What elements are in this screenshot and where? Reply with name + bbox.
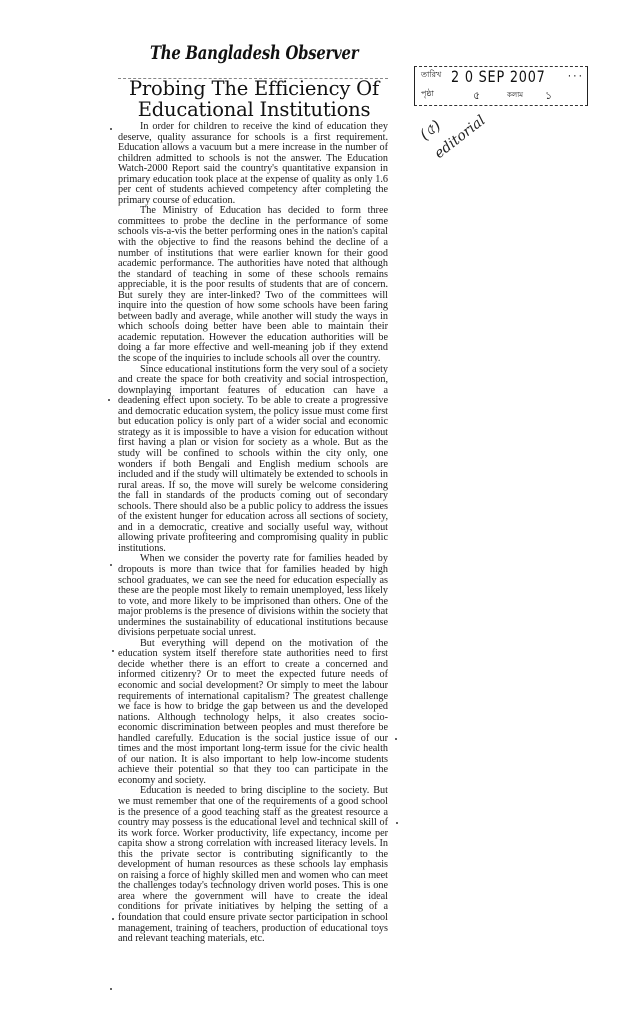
- stamp-page-label: পৃষ্ঠা: [421, 88, 434, 101]
- stamp-column-label: কলাম: [507, 89, 523, 101]
- date-stamp: তারিখ 2 0 SEP 2007 ··· পৃষ্ঠা ৫ কলাম ১: [414, 66, 588, 106]
- scan-speck: [110, 564, 112, 566]
- stamp-page-number: ৫: [473, 87, 480, 106]
- publication-masthead: The Bangladesh Observer: [150, 42, 298, 64]
- scan-speck: [395, 738, 397, 740]
- article-paragraph: Education is needed to bring discipline …: [118, 786, 388, 944]
- scan-speck: [112, 918, 114, 920]
- headline-line-1: Probing The Efficiency Of: [118, 78, 390, 99]
- stamp-dots: ···: [567, 72, 583, 82]
- article-body: In order for children to receive the kin…: [118, 122, 388, 945]
- stamp-column-number: ১: [545, 87, 552, 106]
- article-paragraph: The Ministry of Education has decided to…: [118, 206, 388, 364]
- headline-line-2: Educational Institutions: [118, 99, 390, 120]
- scan-speck: [110, 988, 112, 990]
- article-paragraph: But everything will depend on the motiva…: [118, 639, 388, 787]
- stamp-date-label: তারিখ: [421, 69, 441, 82]
- article-paragraph: When we consider the poverty rate for fa…: [118, 554, 388, 638]
- article-headline: Probing The Efficiency Of Educational In…: [118, 78, 390, 120]
- scan-speck: [396, 822, 398, 824]
- article-paragraph: In order for children to receive the kin…: [118, 122, 388, 206]
- scan-speck: [112, 650, 114, 652]
- scan-speck: [110, 128, 112, 130]
- scan-speck: [108, 399, 110, 401]
- stamp-date: 2 0 SEP 2007: [451, 67, 546, 86]
- article-paragraph: Since educational institutions form the …: [118, 365, 388, 555]
